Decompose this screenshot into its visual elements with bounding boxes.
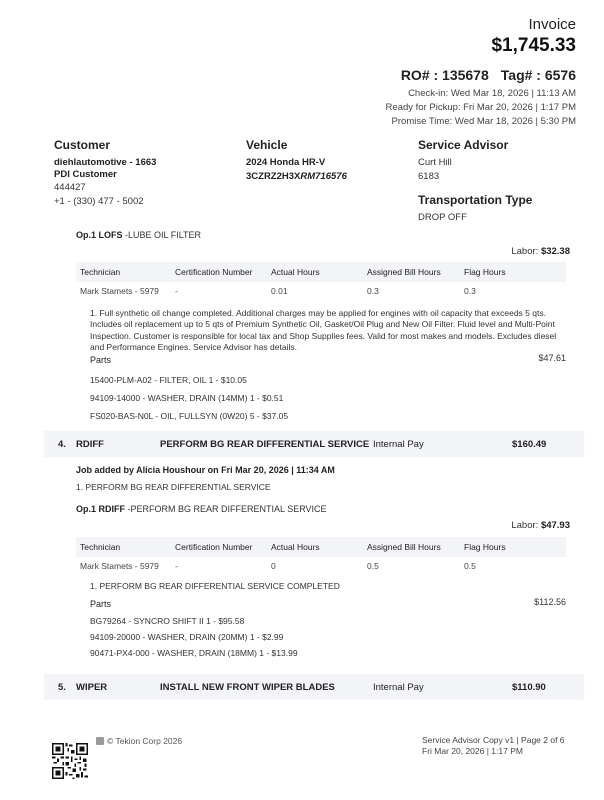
- part-item: 94109-20000 - WASHER, DRAIN (20MM) 1 - $…: [90, 632, 283, 642]
- col-assigned-bill-hours: Assigned Bill Hours: [367, 267, 464, 277]
- col-technician: Technician: [76, 267, 175, 277]
- cell-assigned-bill-hours: 0.5: [367, 561, 464, 571]
- col-certification: Certification Number: [175, 267, 271, 277]
- customer-name: diehlautomotive - 1663: [54, 156, 156, 170]
- footer-page-info: Service Advisor Copy v1 | Page 2 of 6 Fr…: [422, 735, 565, 757]
- customer-id: 444427: [54, 181, 156, 195]
- col-actual-hours: Actual Hours: [271, 542, 367, 552]
- footer-copyright: © Tekion Corp 2026: [96, 736, 182, 746]
- invoice-total: $1,745.33: [386, 35, 576, 57]
- document-label: Invoice: [386, 16, 576, 33]
- job-amount: $110.90: [512, 682, 546, 693]
- cell-certification: -: [175, 561, 271, 571]
- customer-title: Customer: [54, 136, 156, 154]
- labor-amount: $32.38: [541, 246, 570, 257]
- parts-total: $47.61: [538, 353, 566, 363]
- customer-block: Customer diehlautomotive - 1663 PDI Cust…: [54, 136, 156, 209]
- op-code: Op.1 RDIFF: [76, 504, 125, 514]
- labor-label: Labor:: [511, 520, 538, 531]
- advisor-block: Service Advisor Curt Hill 6183 Transport…: [418, 136, 532, 225]
- vehicle-description: 2024 Honda HR-V: [246, 156, 347, 170]
- ready-for-pickup-time: Ready for Pickup: Fri Mar 20, 2026 | 1:1…: [386, 101, 576, 115]
- table-header: Technician Certification Number Actual H…: [76, 262, 566, 282]
- op-code: Op.1 LOFS: [76, 230, 123, 240]
- op-name: -PERFORM BG REAR DIFFERENTIAL SERVICE: [128, 504, 327, 514]
- cell-flag-hours: 0.3: [464, 286, 554, 296]
- labor-lofs: Labor: $32.38: [511, 246, 570, 257]
- job-title: INSTALL NEW FRONT WIPER BLADES: [160, 682, 373, 693]
- op-name: -LUBE OIL FILTER: [125, 230, 201, 240]
- col-flag-hours: Flag Hours: [464, 542, 554, 552]
- customer-phone: +1 - (330) 477 - 5002: [54, 195, 156, 209]
- vin-prefix: 3CZRZ2H3X: [246, 171, 300, 182]
- copyright-text: © Tekion Corp 2026: [107, 736, 182, 746]
- copy-page-info: Service Advisor Copy v1 | Page 2 of 6: [422, 735, 565, 746]
- cell-certification: -: [175, 286, 271, 296]
- job-added-by: Job added by Alicia Houshour on Fri Mar …: [76, 465, 335, 475]
- cell-assigned-bill-hours: 0.3: [367, 286, 464, 296]
- col-technician: Technician: [76, 542, 175, 552]
- tag-number: Tag# : 6576: [501, 67, 576, 83]
- ro-number: RO# : 135678: [401, 67, 489, 83]
- invoice-header: Invoice $1,745.33 RO# : 135678Tag# : 657…: [386, 16, 576, 128]
- printed-timestamp: Fri Mar 20, 2026 | 1:17 PM: [422, 746, 565, 757]
- part-item: BG79264 - SYNCRO SHIFT II 1 - $95.58: [90, 616, 244, 626]
- job-code: RDIFF: [76, 439, 160, 450]
- parts-total: $112.56: [534, 597, 566, 607]
- advisor-name: Curt Hill: [418, 156, 532, 170]
- op-title-rdiff: Op.1 RDIFF -PERFORM BG REAR DIFFERENTIAL…: [76, 504, 327, 514]
- check-in-time: Check-in: Wed Mar 18, 2026 | 11:13 AM: [386, 87, 576, 101]
- job-concern: 1. PERFORM BG REAR DIFFERENTIAL SERVICE: [76, 482, 271, 492]
- tekion-logo-icon: [96, 737, 104, 745]
- part-item: 94109-14000 - WASHER, DRAIN (14MM) 1 - $…: [90, 393, 283, 403]
- job-row-wiper: 5. WIPER INSTALL NEW FRONT WIPER BLADES …: [44, 674, 584, 700]
- part-item: 90471-PX4-000 - WASHER, DRAIN (18MM) 1 -…: [90, 648, 298, 658]
- cell-flag-hours: 0.5: [464, 561, 554, 571]
- job-code: WIPER: [76, 682, 160, 693]
- customer-type: PDI Customer: [54, 170, 156, 180]
- cell-technician: Mark Stamets - 5979: [76, 286, 175, 296]
- technician-table-lofs: Technician Certification Number Actual H…: [76, 262, 566, 300]
- cell-actual-hours: 0.01: [271, 286, 367, 296]
- table-row: Mark Stamets - 5979 - 0 0.5 0.5: [76, 557, 566, 575]
- transport-value: DROP OFF: [418, 211, 532, 225]
- ro-tag-line: RO# : 135678Tag# : 6576: [386, 67, 576, 83]
- op-title-lofs: Op.1 LOFS -LUBE OIL FILTER: [76, 230, 201, 240]
- job-pay-type: Internal Pay: [373, 439, 512, 450]
- col-actual-hours: Actual Hours: [271, 267, 367, 277]
- labor-amount: $47.93: [541, 520, 570, 531]
- labor-rdiff: Labor: $47.93: [511, 520, 570, 531]
- col-certification: Certification Number: [175, 542, 271, 552]
- vehicle-vin: 3CZRZ2H3XRM716576: [246, 170, 347, 184]
- col-flag-hours: Flag Hours: [464, 267, 554, 277]
- cell-actual-hours: 0: [271, 561, 367, 571]
- parts-label: Parts: [90, 355, 111, 365]
- job-title: PERFORM BG REAR DIFFERENTIAL SERVICE: [160, 439, 373, 450]
- job-amount: $160.49: [512, 439, 546, 450]
- technician-table-rdiff: Technician Certification Number Actual H…: [76, 537, 566, 575]
- op-description-lofs: 1. Full synthetic oil change completed. …: [90, 308, 560, 354]
- job-row-rdiff: 4. RDIFF PERFORM BG REAR DIFFERENTIAL SE…: [44, 431, 584, 457]
- col-assigned-bill-hours: Assigned Bill Hours: [367, 542, 464, 552]
- parts-label: Parts: [90, 599, 111, 609]
- vehicle-block: Vehicle 2024 Honda HR-V 3CZRZ2H3XRM71657…: [246, 136, 347, 185]
- promise-time: Promise Time: Wed Mar 18, 2026 | 5:30 PM: [386, 115, 576, 129]
- op-description-rdiff: 1. PERFORM BG REAR DIFFERENTIAL SERVICE …: [90, 581, 560, 592]
- vehicle-title: Vehicle: [246, 136, 347, 154]
- vin-suffix: RM716576: [300, 171, 346, 182]
- part-item: 15400-PLM-A02 - FILTER, OIL 1 - $10.05: [90, 375, 247, 385]
- labor-label: Labor:: [511, 246, 538, 257]
- cell-technician: Mark Stamets - 5979: [76, 561, 175, 571]
- qr-code-icon: [52, 743, 88, 779]
- job-number: 4.: [44, 439, 76, 450]
- advisor-title: Service Advisor: [418, 136, 532, 154]
- job-number: 5.: [44, 682, 76, 693]
- transport-title: Transportation Type: [418, 191, 532, 209]
- job-pay-type: Internal Pay: [373, 682, 512, 693]
- advisor-id: 6183: [418, 170, 532, 184]
- part-item: FS020-BAS-N0L - OIL, FULLSYN (0W20) 5 - …: [90, 411, 288, 421]
- table-header: Technician Certification Number Actual H…: [76, 537, 566, 557]
- table-row: Mark Stamets - 5979 - 0.01 0.3 0.3: [76, 282, 566, 300]
